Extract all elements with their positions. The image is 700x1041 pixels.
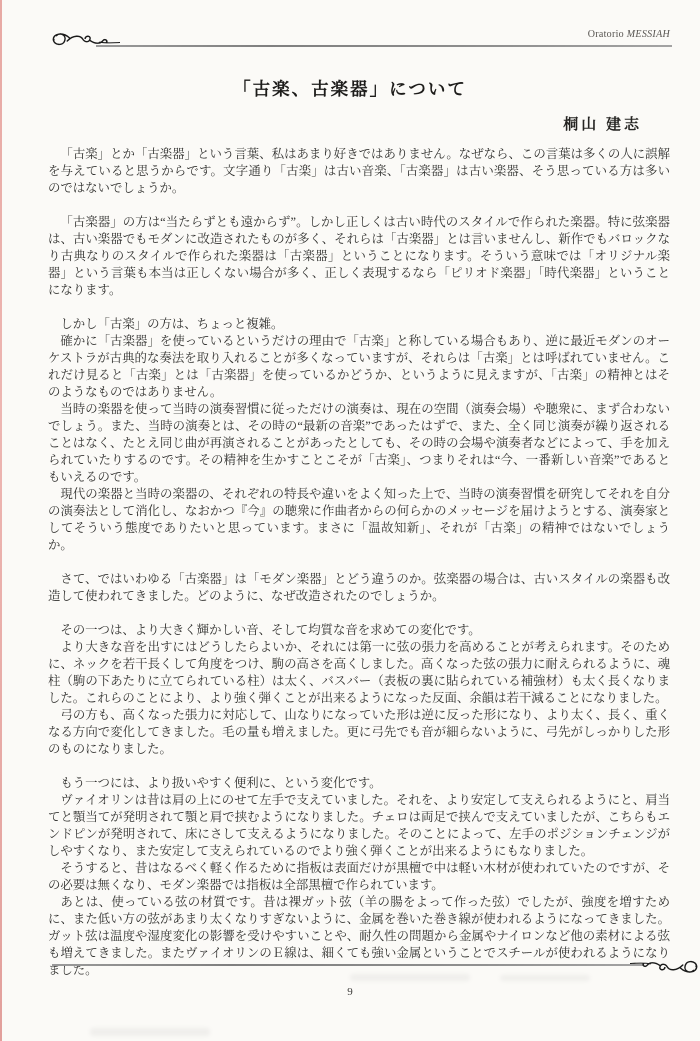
- running-head-messiah: MESSIAH: [627, 29, 670, 40]
- body-paragraph: その一つは、より大きく輝かしい音、そして均質な音を求めての変化です。: [48, 622, 670, 639]
- scanned-program-page: { "header": { "journal_roman": "Oratorio…: [0, 0, 700, 1041]
- article-body: 「古楽」とか「古楽器」という言葉、私はあまり好きではありません。なぜなら、この言…: [48, 146, 670, 979]
- body-paragraph: 弓の方も、高くなった張力に対応して、山なりになっていた形は逆に反った形になり、よ…: [48, 707, 670, 758]
- footer-rule: [52, 964, 644, 966]
- body-paragraph: さて、ではいわゆる「古楽器」は「モダン楽器」とどう違うのか。弦楽器の場合は、古い…: [48, 571, 670, 605]
- flourish-ornament-icon: [48, 27, 120, 55]
- scan-edge-artifact: [0, 0, 2, 1041]
- body-paragraph: 現代の楽器と当時の楽器の、それぞれの特長や違いをよく知った上で、当時の演奏習慣を…: [48, 486, 670, 554]
- author-name: 桐山 建志: [563, 113, 642, 134]
- header-rule: [96, 45, 672, 47]
- running-head-oratorio: Oratorio: [588, 29, 624, 40]
- body-paragraph: 「古楽器」の方は“当たらずとも遠からず”。しかし正しくは古い時代のスタイルで作ら…: [48, 214, 670, 299]
- flourish-ornament-icon: [630, 951, 700, 979]
- body-paragraph: 確かに「古楽器」を使っているというだけの理由で「古楽」と称している場合もあり、逆…: [48, 333, 670, 401]
- body-paragraph: しかし「古楽」の方は、ちょっと複雑。: [48, 316, 670, 333]
- body-paragraph: あとは、使っている弦の材質です。昔は裸ガット弦（羊の腸をよって作った弦）でしたが…: [48, 894, 670, 979]
- page-title: 「古楽、古楽器」について: [0, 76, 700, 101]
- body-paragraph: 「古楽」とか「古楽器」という言葉、私はあまり好きではありません。なぜなら、この言…: [48, 146, 670, 197]
- body-paragraph: 当時の楽器を使って当時の演奏習慣に従っただけの演奏は、現在の空間（演奏会場）や聴…: [48, 401, 670, 486]
- body-paragraph: そうすると、昔はなるべく軽く作るために指板は表面だけが黒檀で中は軽い木材が使われ…: [48, 860, 670, 894]
- body-paragraph: もう一つには、より扱いやすく便利に、という変化です。: [48, 775, 670, 792]
- scan-artifact: [90, 1028, 210, 1036]
- body-paragraph: より大きな音を出すにはどうしたらよいか、それには第一に弦の張力を高めることが考え…: [48, 639, 670, 707]
- page-number: 9: [0, 986, 700, 998]
- body-paragraph: ヴァイオリンは昔は肩の上にのせて左手で支えていました。それを、より安定して支えら…: [48, 792, 670, 860]
- running-head: Oratorio MESSIAH: [588, 29, 670, 40]
